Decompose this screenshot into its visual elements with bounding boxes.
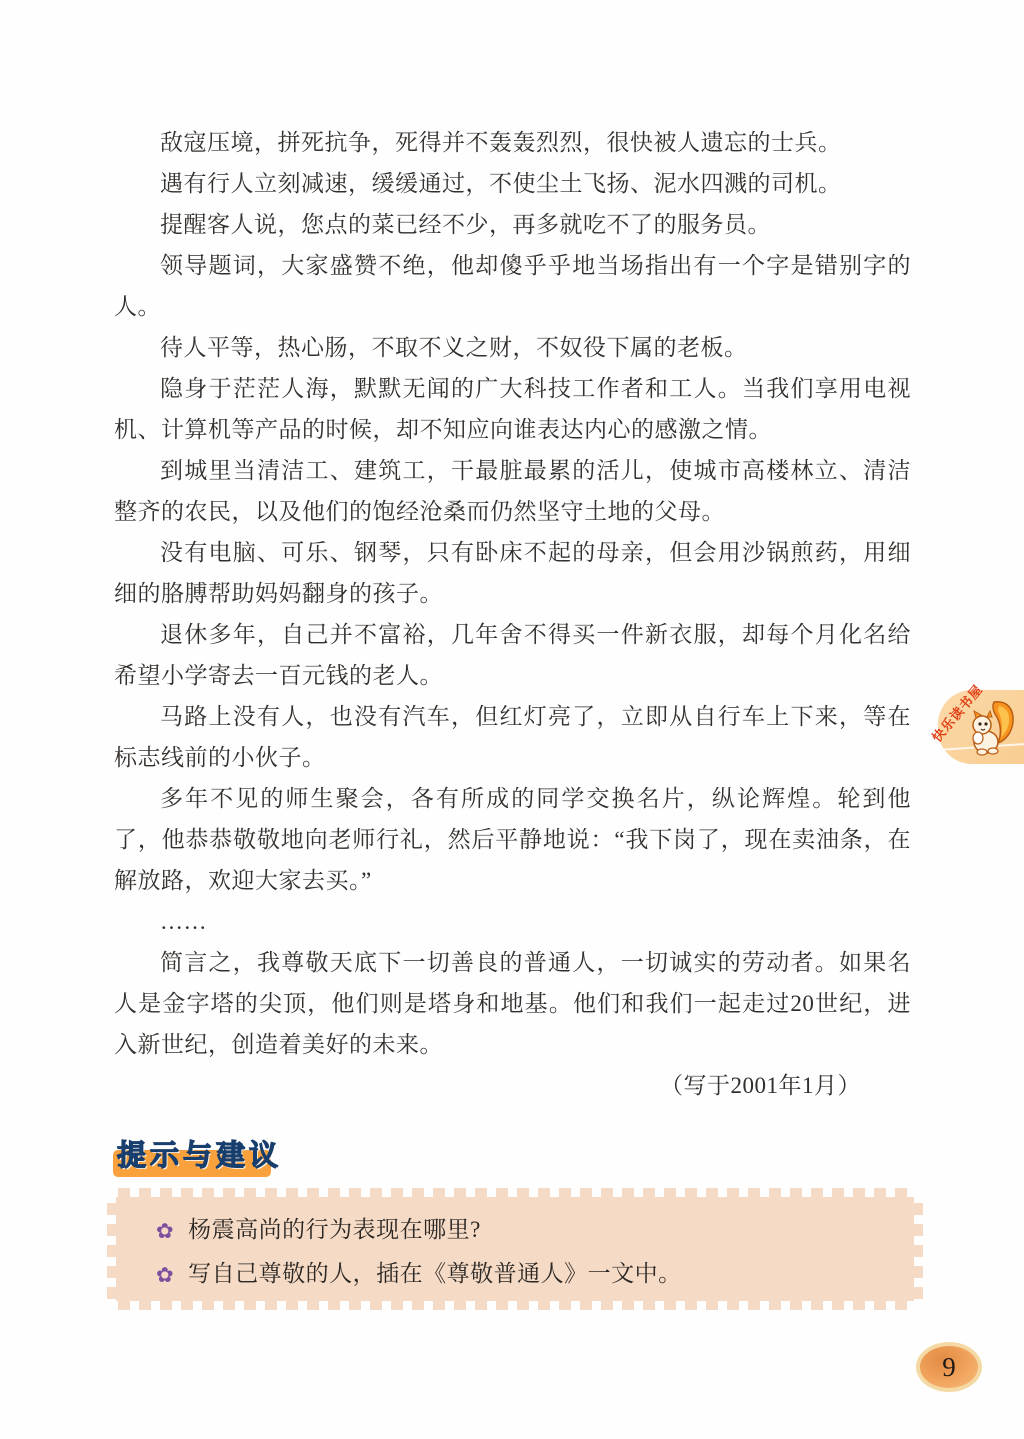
flower-bullet-icon: ✿ bbox=[156, 1263, 174, 1287]
flower-bullet-icon: ✿ bbox=[156, 1219, 174, 1243]
paragraph: 多年不见的师生聚会，各有所成的同学交换名片，纵论辉煌。轮到他了，他恭恭敬敬地向老… bbox=[114, 778, 911, 901]
tips-item: ✿ 写自己尊敬的人，插在《尊敬普通人》一文中。 bbox=[156, 1255, 914, 1288]
paragraph: 没有电脑、可乐、钢琴，只有卧床不起的母亲，但会用沙锅煎药，用细细的胳膊帮助妈妈翻… bbox=[114, 532, 911, 614]
page-number-badge: 9 bbox=[916, 1342, 982, 1392]
tips-box: ✿ 杨震高尚的行为表现在哪里? ✿ 写自己尊敬的人，插在《尊敬普通人》一文中。 bbox=[116, 1197, 914, 1301]
lesson-body-text: 敌寇压境，拼死抗争，死得并不轰轰烈烈，很快被人遗忘的士兵。 遇有行人立刻减速，缓… bbox=[114, 122, 911, 1106]
dateline: （写于2001年1月） bbox=[114, 1065, 911, 1106]
tips-item-label: 写自己尊敬的人，插在《尊敬普通人》一文中。 bbox=[188, 1255, 682, 1288]
tips-item-label: 杨震高尚的行为表现在哪里? bbox=[188, 1211, 481, 1244]
paragraph: 退休多年，自己并不富裕，几年舍不得买一件新衣服，却每个月化名给希望小学寄去一百元… bbox=[114, 614, 911, 696]
paragraph: 领导题词，大家盛赞不绝，他却傻乎乎地当场指出有一个字是错别字的人。 bbox=[114, 245, 911, 327]
tips-item: ✿ 杨震高尚的行为表现在哪里? bbox=[156, 1211, 914, 1244]
stitched-border-top bbox=[118, 1188, 912, 1197]
tips-header-label: 提示与建议 bbox=[113, 1133, 286, 1174]
paragraph: 简言之，我尊敬天底下一切善良的普通人，一切诚实的劳动者。如果名人是金字塔的尖顶，… bbox=[114, 942, 911, 1065]
paragraph: 马路上没有人，也没有汽车，但红灯亮了，立即从自行车上下来，等在标志线前的小伙子。 bbox=[114, 696, 911, 778]
paragraph: 到城里当清洁工、建筑工，干最脏最累的活儿，使城市高楼林立、清洁整齐的农民，以及他… bbox=[114, 450, 911, 532]
stitched-border-bottom bbox=[118, 1301, 912, 1310]
tips-section-header: 提示与建议 bbox=[113, 1133, 286, 1179]
page-number-inner: 9 bbox=[920, 1346, 978, 1388]
stitched-border-left bbox=[107, 1199, 116, 1299]
page-number: 9 bbox=[942, 1352, 956, 1383]
paragraph: 遇有行人立刻减速，缓缓通过，不使尘土飞扬、泥水四溅的司机。 bbox=[114, 163, 911, 204]
paragraph: 隐身于茫茫人海，默默无闻的广大科技工作者和工人。当我们享用电视机、计算机等产品的… bbox=[114, 368, 911, 450]
squirrel-icon bbox=[964, 698, 1016, 756]
stitched-border-right bbox=[914, 1199, 923, 1299]
paragraph: 提醒客人说，您点的菜已经不少，再多就吃不了的服务员。 bbox=[114, 204, 911, 245]
ellipsis-line: …… bbox=[114, 901, 911, 942]
paragraph: 敌寇压境，拼死抗争，死得并不轰轰烈烈，很快被人遗忘的士兵。 bbox=[114, 122, 911, 163]
margin-mascot-tab: 快乐读书屋 bbox=[938, 690, 1024, 764]
textbook-page: 敌寇压境，拼死抗争，死得并不轰轰烈烈，很快被人遗忘的士兵。 遇有行人立刻减速，缓… bbox=[0, 0, 1024, 1439]
paragraph: 待人平等，热心肠，不取不义之财，不奴役下属的老板。 bbox=[114, 327, 911, 368]
